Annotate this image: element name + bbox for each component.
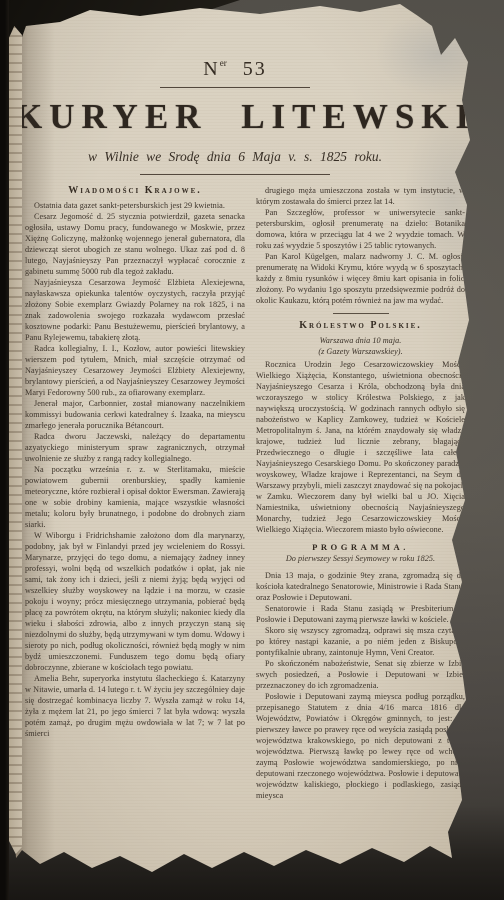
paragraph: Rocznica Urodzin Jego Cesarzowiczowskiey… — [256, 359, 465, 535]
section-heading-wiadomosci-krajowe: Wiadomości Krajowe. — [25, 185, 245, 196]
issue-number: Ner53 — [15, 58, 455, 81]
left-column: Wiadomości Krajowe. Ostatnia data gazet … — [25, 185, 245, 801]
paragraph: Cesarz Jegomość d. 25 stycznia potwierdz… — [25, 211, 245, 277]
left-column-body: Ostatnia data gazet sankt-petersburskich… — [25, 200, 245, 739]
paragraph: Radca dworu Jaczewski, należący do depar… — [25, 431, 245, 464]
paragraph: Senatorowie i Rada Stanu zasiądą w Presb… — [256, 603, 465, 625]
paragraph: Jenerał major, Carbonnier, został mianow… — [25, 398, 245, 431]
paragraph: Skoro się wszyscy zgromadzą, odprawi się… — [256, 625, 465, 658]
paragraph: Pan Karol Kügelgen, malarz nadworny J. C… — [256, 251, 465, 306]
right-column: drugiego męża umieszczona została w tym … — [256, 185, 465, 801]
columns: Wiadomości Krajowe. Ostatnia data gazet … — [25, 185, 465, 801]
section-source-note: (z Gazety Warszawskiey). — [256, 346, 465, 357]
section-divider-rule — [333, 313, 389, 314]
binding-strip — [0, 0, 9, 900]
newspaper-title: KURYER LITEWSKI — [15, 97, 455, 137]
programma-body: Dnia 13 maja, o godzinie 9tey zrana, zgr… — [256, 570, 465, 801]
issue-prefix: N — [203, 58, 219, 80]
section-heading-krolestwo-polskie: Królestwo Polskie. — [256, 320, 465, 331]
page-content: Ner53 KURYER LITEWSKI w Wilnie we Srodę … — [13, 0, 475, 801]
paragraph: drugiego męża umieszczona została w tym … — [256, 185, 465, 207]
paragraph: Po skończoném nabożeństwie, Senat się zb… — [256, 658, 465, 691]
newspaper-sheet: Ner53 KURYER LITEWSKI w Wilnie we Srodę … — [13, 0, 475, 900]
paragraph: Na początku września r. z. w Sterlitamak… — [25, 464, 245, 530]
masthead-rule-top — [160, 87, 310, 88]
section-subheading-warszawa: Warszawa dnia 10 maja. — [256, 335, 465, 346]
masthead: Ner53 KURYER LITEWSKI w Wilnie we Srodę … — [15, 58, 455, 175]
masthead-rule-bottom — [140, 174, 330, 175]
programma-heading: PROGRAMMA. — [256, 542, 465, 553]
dateline: w Wilnie we Srodę dnia 6 Maja v. s. 1825… — [15, 149, 455, 165]
paragraph: Amelia Behr, superyorka instytutu ślache… — [25, 673, 245, 739]
right-column-top: drugiego męża umieszczona została w tym … — [256, 185, 465, 306]
paragraph: Radca kollegialny, I. I., Kozłow, autor … — [25, 343, 245, 398]
paragraph: Nayjaśnieysza Cesarzowa Jeymość Elżbieta… — [25, 277, 245, 343]
paragraph: W Wiborgu i Fridrichshamie założono dom … — [25, 530, 245, 673]
issue-value: 53 — [243, 58, 267, 80]
paragraph: Pan Szczegłów, professor w uniwersytecie… — [256, 207, 465, 251]
paragraph: Posłowie i Deputowani zaymą mieysca podł… — [256, 691, 465, 801]
programma-subheading: Do pierwszey Sessyi Seymowey w roku 1825… — [256, 553, 465, 564]
paragraph: Ostatnia data gazet sankt-petersburskich… — [25, 200, 245, 211]
paragraph: Dnia 13 maja, o godzinie 9tey zrana, zgr… — [256, 570, 465, 603]
underlying-page-edge — [8, 26, 22, 854]
section-body: Rocznica Urodzin Jego Cesarzowiczowskiey… — [256, 359, 465, 535]
issue-superscript: er — [220, 58, 227, 68]
